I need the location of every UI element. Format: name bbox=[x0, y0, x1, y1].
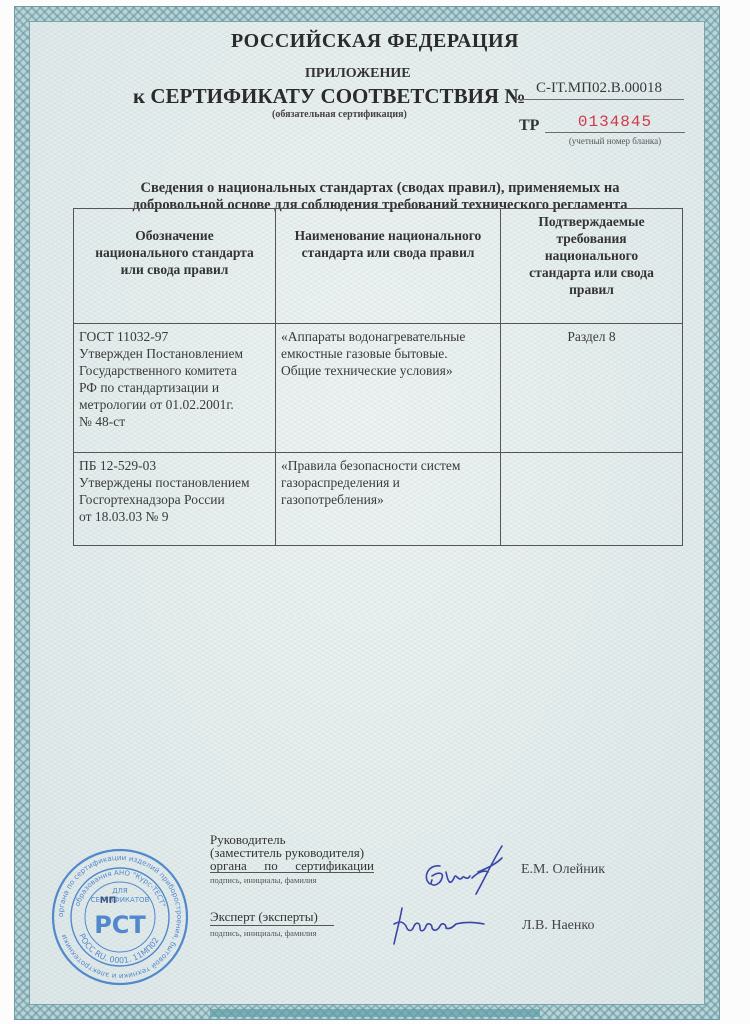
text-line: от 18.03.03 № 9 bbox=[79, 508, 270, 525]
text-line: национального bbox=[506, 247, 677, 264]
text-line: Обозначение bbox=[79, 227, 270, 244]
head-signature-caption: подпись, инициалы, фамилия bbox=[210, 875, 317, 885]
cell-requirements bbox=[501, 453, 683, 546]
text-line: «Правила безопасности систем bbox=[281, 457, 495, 474]
text-line: емкостные газовые бытовые. bbox=[281, 345, 495, 362]
text-line: газопотребления» bbox=[281, 491, 495, 508]
text-line: требования bbox=[506, 230, 677, 247]
table-row: ПБ 12-529-03Утверждены постановлениемГос… bbox=[74, 453, 683, 546]
text-line: Госгортехнадзора России bbox=[79, 491, 270, 508]
expert-signatory-label: Эксперт (эксперты) bbox=[210, 909, 318, 925]
text-line: «Аппараты водонагревательные bbox=[281, 328, 495, 345]
expert-signature-rule bbox=[210, 925, 334, 926]
text-line: газораспределения и bbox=[281, 474, 495, 491]
head-label-line-3: органа по сертификации bbox=[210, 859, 374, 872]
cell-name: «Правила безопасности системгазораспреде… bbox=[276, 453, 501, 546]
blank-number: 0134845 bbox=[545, 113, 685, 133]
certificate-number: С-IT.МП02.В.00018 bbox=[514, 80, 684, 100]
text-line: стандарта или свода правил bbox=[281, 244, 495, 261]
head-signatory-name: Е.М. Олейник bbox=[521, 862, 605, 878]
table-header-row: Обозначениенационального стандартаили св… bbox=[74, 209, 683, 324]
text-line: РФ по стандартизации и bbox=[79, 379, 270, 396]
cell-designation: ГОСТ 11032-97Утвержден ПостановлениемГос… bbox=[74, 324, 276, 453]
header-requirements: Подтверждаемыетребованиянациональногоста… bbox=[501, 209, 683, 324]
svg-text:МП: МП bbox=[100, 896, 117, 906]
cell-designation: ПБ 12-529-03Утверждены постановлениемГос… bbox=[74, 453, 276, 546]
certificate-title: к СЕРТИФИКАТУ СООТВЕТСТВИЯ № bbox=[133, 84, 525, 109]
head-signature-rule bbox=[210, 872, 374, 873]
text-line: Наименование национального bbox=[281, 227, 495, 244]
text-line: Общие технические условия» bbox=[281, 362, 495, 379]
expert-signature-icon bbox=[388, 902, 488, 947]
text-line: метрологии от 01.02.2001г. bbox=[79, 396, 270, 413]
text-line: национального стандарта bbox=[79, 244, 270, 261]
header-name: Наименование национальногостандарта или … bbox=[276, 209, 501, 324]
text-line: Утверждены постановлением bbox=[79, 474, 270, 491]
standards-table: Обозначениенационального стандартаили св… bbox=[73, 208, 683, 546]
cell-requirements: Раздел 8 bbox=[501, 324, 683, 453]
expert-signatory-name: Л.В. Наенко bbox=[522, 918, 594, 934]
security-microtext bbox=[210, 1009, 540, 1017]
section-title-line-1: Сведения о национальных стандартах (свод… bbox=[70, 180, 690, 197]
head-signature-icon bbox=[418, 842, 508, 902]
text-line: или свода правил bbox=[79, 261, 270, 278]
tp-label: ТР bbox=[519, 117, 539, 135]
text-line: Утвержден Постановлением bbox=[79, 345, 270, 362]
cell-name: «Аппараты водонагревательныеемкостные га… bbox=[276, 324, 501, 453]
expert-signature-caption: подпись, инициалы, фамилия bbox=[210, 928, 317, 938]
blank-number-caption: (учетный номер бланка) bbox=[545, 136, 685, 146]
certification-stamp-icon: органа по сертификации изделий приборост… bbox=[50, 847, 190, 987]
table-row: ГОСТ 11032-97Утвержден ПостановлениемГос… bbox=[74, 324, 683, 453]
text-line: № 48-ст bbox=[79, 413, 270, 430]
svg-text:РСТ: РСТ bbox=[94, 911, 146, 939]
country-title: РОССИЙСКАЯ ФЕДЕРАЦИЯ bbox=[0, 30, 750, 53]
appendix-title: ПРИЛОЖЕНИЕ bbox=[305, 66, 411, 82]
header-designation: Обозначениенационального стандартаили св… bbox=[74, 209, 276, 324]
certification-type: (обязательная сертификация) bbox=[272, 109, 407, 120]
text-line: стандарта или свода bbox=[506, 264, 677, 281]
text-line: Государственного комитета bbox=[79, 362, 270, 379]
text-line: ГОСТ 11032-97 bbox=[79, 328, 270, 345]
head-signatory-label: Руководитель (заместитель руководителя) … bbox=[210, 833, 374, 872]
svg-text:ДЛЯ: ДЛЯ bbox=[112, 887, 128, 895]
text-line: ПБ 12-529-03 bbox=[79, 457, 270, 474]
text-line: Подтверждаемые bbox=[506, 213, 677, 230]
text-line: правил bbox=[506, 281, 677, 298]
